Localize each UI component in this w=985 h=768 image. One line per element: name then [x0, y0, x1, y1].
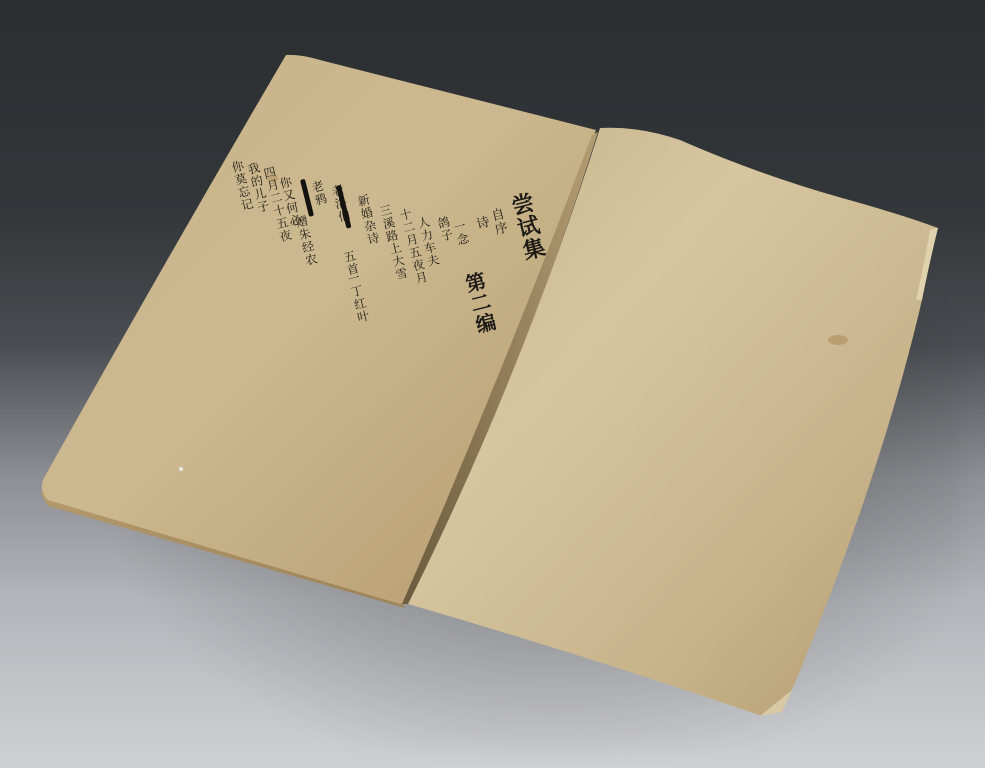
manuscript-photo: 尝试集 第二编 自序 诗 一念 鸽子 人力车夫 十二月五夜月 三溪路上大雪 新婚… — [0, 0, 985, 768]
open-book — [0, 0, 985, 768]
